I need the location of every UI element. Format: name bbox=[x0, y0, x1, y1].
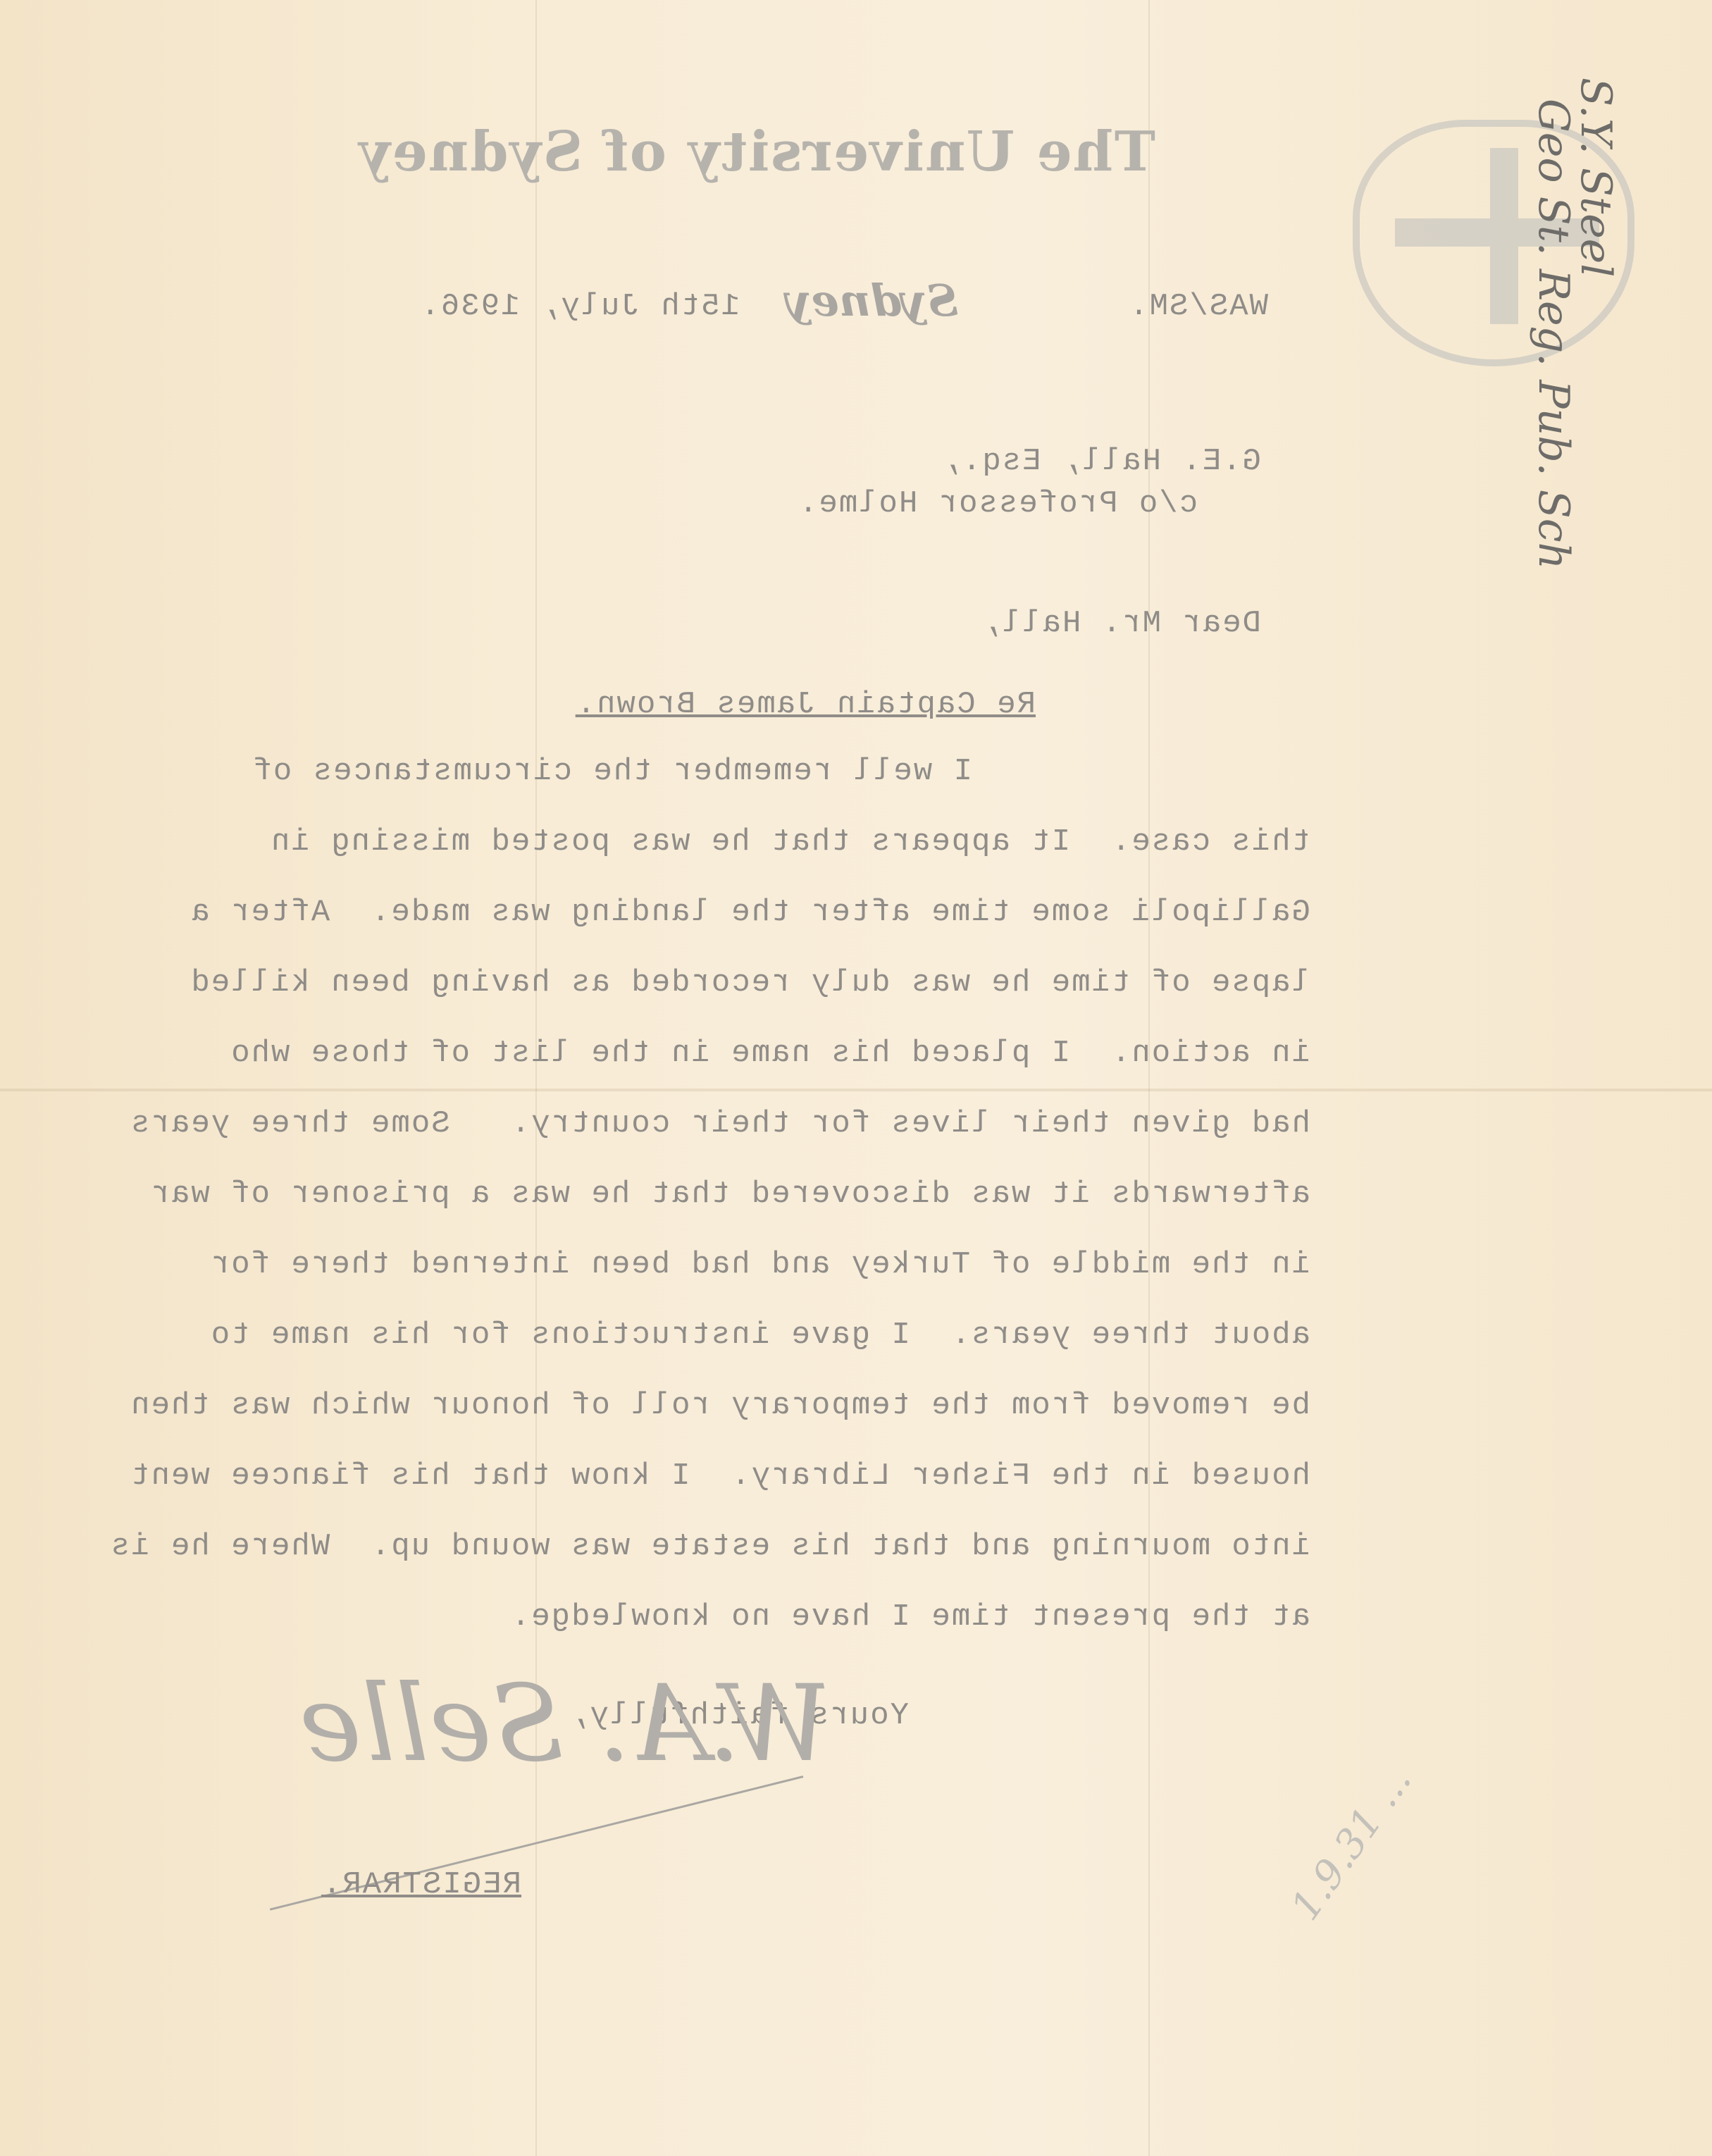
body-line: I well remember the circumstances of bbox=[252, 754, 972, 789]
body-line: Gallipoli some time after the landing wa… bbox=[190, 895, 1310, 930]
salutation: Dear Mr. Hall, bbox=[981, 606, 1261, 641]
body-line: in the middle of Turkey and had been int… bbox=[210, 1247, 1310, 1282]
subject-line: Re Captain James Brown. bbox=[576, 687, 1036, 722]
letterhead: The University of Sydney bbox=[357, 120, 1155, 184]
recipient-line1: G.E. Hall, Esq., bbox=[941, 444, 1261, 479]
date: 15th July, 1936. bbox=[420, 289, 740, 324]
body-line: afterwards it was discovered that he was… bbox=[150, 1177, 1310, 1212]
body-line: into mourning and that his estate was wo… bbox=[110, 1529, 1310, 1564]
body-line: in action. I placed his name in the list… bbox=[230, 1036, 1310, 1071]
signatory-title: REGISTRAR. bbox=[321, 1867, 521, 1902]
pencil-annotation: Geo St. Reg. Pub. Sch bbox=[1529, 99, 1578, 569]
pencil-annotation: S.Y. Steel bbox=[1571, 78, 1620, 277]
mirrored-letter: The University of Sydney WAS/SM. Sydney … bbox=[0, 0, 1712, 2156]
recipient-line2: c/o Professor Holme. bbox=[798, 486, 1198, 521]
body-line: had given their lives for their country.… bbox=[130, 1106, 1310, 1141]
body-line: housed in the Fisher Library. I know tha… bbox=[130, 1458, 1310, 1494]
signature: W.A. Selle bbox=[299, 1663, 831, 1785]
body-line: lapse of time he was duly recorded as ha… bbox=[190, 965, 1310, 1000]
place: Sydney bbox=[786, 275, 958, 326]
reference: WAS/SM. bbox=[1128, 289, 1268, 324]
body-line: about three years. I gave instructions f… bbox=[210, 1318, 1310, 1353]
body-line: be removed from the temporary roll of ho… bbox=[130, 1388, 1310, 1423]
body-line: this case. It appears that he was posted… bbox=[270, 824, 1310, 860]
body-line: at the present time I have no knowledge. bbox=[510, 1599, 1310, 1635]
